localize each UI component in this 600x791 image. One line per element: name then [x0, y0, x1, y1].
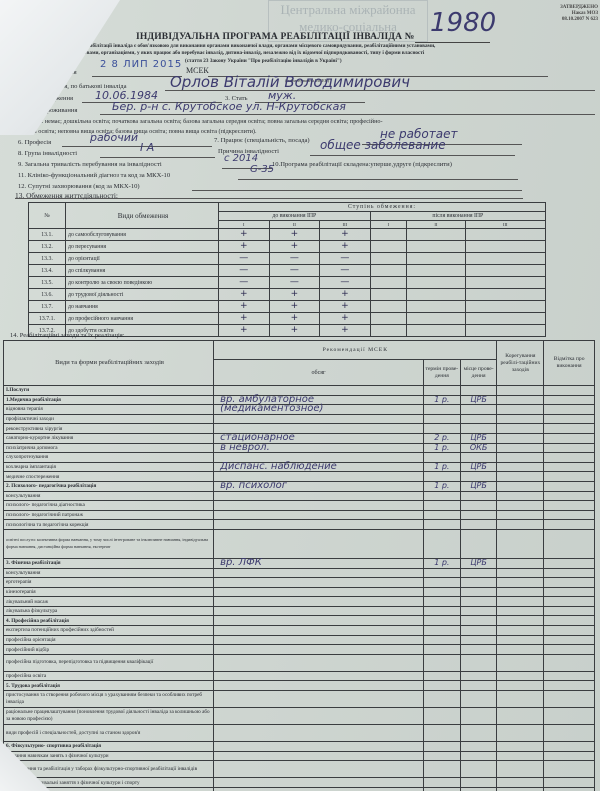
- measure-label: профілактичні заходи: [4, 414, 214, 424]
- place-value: [460, 405, 497, 415]
- place-value: [460, 587, 497, 597]
- scope-value: [214, 635, 424, 645]
- limitation-mark: +: [320, 313, 371, 325]
- done-cell: [544, 681, 595, 691]
- table-row: реконструктивна хірургія: [4, 424, 595, 434]
- measure-label: психолого- педагогічний патронаж: [4, 510, 214, 520]
- measure-label: 6. Фізкультурно- спортивна реабілітація: [4, 742, 214, 752]
- term-value: [423, 405, 460, 415]
- table-row: кінезотерапія: [4, 587, 595, 597]
- correction-cell: [497, 414, 544, 424]
- place-value: [460, 606, 497, 616]
- place-value: [460, 751, 497, 761]
- place-value: [460, 654, 497, 671]
- done-cell: [544, 635, 595, 645]
- table-row: 13.7.1.до професійного навчання+++: [29, 313, 546, 325]
- correction-cell: [497, 558, 544, 568]
- place-value: [460, 787, 497, 791]
- done-cell: [544, 761, 595, 778]
- correction-cell: [497, 708, 544, 725]
- measure-label: кохлеарна імплантація: [4, 462, 214, 472]
- done-cell: [544, 568, 595, 578]
- limitation-mark: [465, 253, 545, 265]
- document-page: Центральна міжрайонна медико-соціальна З…: [0, 0, 600, 791]
- table-row: кохлеарна імплантаціяДиспанс. наблюдение…: [4, 462, 595, 472]
- limitation-mark: [465, 325, 545, 337]
- measure-label: освітні послуги: колективна форма навчан…: [4, 529, 214, 558]
- limitation-mark: +: [320, 289, 371, 301]
- done-cell: [544, 424, 595, 434]
- limitation-mark: [465, 229, 545, 241]
- measure-label: 4. Професійна реабілітація: [4, 616, 214, 626]
- scope-value: [214, 520, 424, 530]
- limitation-mark: —: [269, 277, 320, 289]
- limitation-mark: —: [269, 253, 320, 265]
- term-value: [423, 626, 460, 636]
- measure-label: кінезотерапія: [4, 587, 214, 597]
- place-value: [460, 635, 497, 645]
- limitation-mark: [407, 289, 465, 301]
- measure-label: ерготерапія: [4, 578, 214, 588]
- place-value: ЦРБ: [460, 481, 497, 491]
- term-value: [423, 578, 460, 588]
- correction-cell: [497, 520, 544, 530]
- term-value: [423, 671, 460, 681]
- limitation-mark: +: [219, 325, 270, 337]
- comorbid-label: 12. Супутні захворювання (код за МКХ-10): [18, 183, 140, 190]
- table-row: раціональне працевлаштування (поновлення…: [4, 708, 595, 725]
- limitation-mark: [407, 265, 465, 277]
- correction-cell: [497, 742, 544, 752]
- correction-cell: [497, 587, 544, 597]
- term-value: [423, 472, 460, 482]
- term-value: [423, 761, 460, 778]
- table-row: 13.1.до самообслуговування+++: [29, 229, 546, 241]
- correction-cell: [497, 453, 544, 463]
- table-row: 6. Фізкультурно- спортивна реабілітація: [4, 742, 595, 752]
- table-row: професійна освіта: [4, 671, 595, 681]
- table-row: 3. Фізична реабілітаціявр. ЛФК1 р.ЦРБ: [4, 558, 595, 568]
- limitation-mark: +: [320, 229, 371, 241]
- measure-label: навчання навичкам занять з фізичної куль…: [4, 751, 214, 761]
- correction-cell: [497, 654, 544, 671]
- scope-value: [214, 501, 424, 511]
- scope-value: [214, 742, 424, 752]
- table-row: професійна підготовка, перепідготовка та…: [4, 654, 595, 671]
- term-value: [423, 597, 460, 607]
- scope-value: Диспанс. наблюдение: [214, 462, 424, 472]
- limitation-mark: [465, 241, 545, 253]
- place-value: ЦРБ: [460, 433, 497, 443]
- limitation-mark: [465, 313, 545, 325]
- term-value: [423, 691, 460, 708]
- done-cell: [544, 708, 595, 725]
- limitation-mark: [407, 325, 465, 337]
- diagnosis-label: 11. Клініко-функціональний діагноз та ко…: [18, 172, 170, 179]
- scope-value: [214, 708, 424, 725]
- done-cell: [544, 606, 595, 616]
- correction-cell: [497, 725, 544, 742]
- place-value: [460, 472, 497, 482]
- limitation-mark: [407, 277, 465, 289]
- place-value: [460, 778, 497, 788]
- scope-value: [214, 691, 424, 708]
- measure-label: експертиза потенційних професійних здібн…: [4, 626, 214, 636]
- done-cell: [544, 725, 595, 742]
- term-value: 1 р.: [423, 443, 460, 453]
- cause-value: общее заболевание: [320, 138, 446, 152]
- done-cell: [544, 616, 595, 626]
- limitation-mark: [370, 313, 406, 325]
- term-value: [423, 424, 460, 434]
- term-value: [423, 491, 460, 501]
- measure-label: 1.Медична реабілітація: [4, 395, 214, 405]
- table-row: відновна терапія(медикаментозное): [4, 405, 595, 415]
- place-value: ОКБ: [460, 443, 497, 453]
- limitation-mark: —: [320, 265, 371, 277]
- table-row: консультування: [4, 491, 595, 501]
- term-value: [423, 529, 460, 558]
- place-value: [460, 708, 497, 725]
- term-value: [423, 681, 460, 691]
- term-value: [423, 645, 460, 655]
- limitation-mark: [465, 301, 545, 313]
- limitation-mark: —: [320, 277, 371, 289]
- limitation-mark: [370, 229, 406, 241]
- term-value: [423, 751, 460, 761]
- scope-value: [214, 787, 424, 791]
- limitation-mark: [465, 289, 545, 301]
- done-cell: [544, 587, 595, 597]
- correction-cell: [497, 395, 544, 405]
- scope-value: [214, 671, 424, 681]
- limitation-mark: —: [320, 253, 371, 265]
- correction-cell: [497, 616, 544, 626]
- table-row: психолого- педагогічний патронаж: [4, 510, 595, 520]
- done-cell: [544, 405, 595, 415]
- scope-value: [214, 761, 424, 778]
- correction-cell: [497, 645, 544, 655]
- done-cell: [544, 787, 595, 791]
- duration-label: 9. Загальна тривалість перебування на ін…: [18, 161, 162, 168]
- measure-label: відновна терапія: [4, 405, 214, 415]
- correction-cell: [497, 529, 544, 558]
- limitation-mark: [407, 313, 465, 325]
- done-cell: [544, 481, 595, 491]
- place-value: ЦРБ: [460, 558, 497, 568]
- limitation-mark: [370, 265, 406, 277]
- place-value: [460, 691, 497, 708]
- scope-value: [214, 491, 424, 501]
- education-label: 5. Освіта: немає; дошкільна освіта; поча…: [18, 118, 383, 125]
- correction-cell: [497, 597, 544, 607]
- program-label: 10.Програма реабілітації складена:уперше…: [272, 161, 452, 168]
- place-value: ЦРБ: [460, 395, 497, 405]
- table-row: професійний відбір: [4, 645, 595, 655]
- done-cell: [544, 472, 595, 482]
- profession-label: 6. Професія: [18, 139, 51, 146]
- table-row: оздоровлення та реабілітація у таборах ф…: [4, 761, 595, 778]
- done-cell: [544, 433, 595, 443]
- scope-value: [214, 751, 424, 761]
- limitation-mark: +: [269, 289, 320, 301]
- limitation-mark: +: [269, 325, 320, 337]
- correction-cell: [497, 751, 544, 761]
- scope-value: [214, 616, 424, 626]
- limitation-mark: +: [219, 301, 270, 313]
- term-value: [423, 654, 460, 671]
- correction-cell: [497, 424, 544, 434]
- done-cell: [544, 645, 595, 655]
- limitation-mark: +: [219, 289, 270, 301]
- limitation-mark: [407, 301, 465, 313]
- scope-value: вр. психолог: [214, 481, 424, 491]
- limitation-mark: [407, 241, 465, 253]
- table-row: лікувальна фізкультура: [4, 606, 595, 616]
- subtitle-2: підприємствами, організаціями, у яких пр…: [60, 50, 424, 57]
- limitation-mark: [465, 265, 545, 277]
- place-value: [460, 491, 497, 501]
- done-cell: [544, 626, 595, 636]
- place-value: [460, 645, 497, 655]
- done-cell: [544, 778, 595, 788]
- limitation-mark: —: [219, 253, 270, 265]
- scope-value: [214, 681, 424, 691]
- correction-cell: [497, 472, 544, 482]
- place-value: [460, 742, 497, 752]
- place-value: [460, 725, 497, 742]
- done-cell: [544, 453, 595, 463]
- measure-label: професійна орієнтація: [4, 635, 214, 645]
- scope-value: (медикаментозное): [214, 405, 424, 415]
- limitation-mark: +: [219, 229, 270, 241]
- limitation-mark: [407, 229, 465, 241]
- scope-value: [214, 529, 424, 558]
- correction-cell: [497, 671, 544, 681]
- table-row: 13.4.до спілкування———: [29, 265, 546, 277]
- place-value: [460, 626, 497, 636]
- term-value: 1 р.: [423, 481, 460, 491]
- done-cell: [544, 742, 595, 752]
- measure-label: консультування: [4, 568, 214, 578]
- place-value: [460, 510, 497, 520]
- table-row: медичне спостереження: [4, 472, 595, 482]
- correction-cell: [497, 578, 544, 588]
- correction-cell: [497, 691, 544, 708]
- measure-label: психолого- педагогічна діагностика: [4, 501, 214, 511]
- place-value: ЦРБ: [460, 462, 497, 472]
- subtitle-3: (стаття 23 Закону України "Про реабіліта…: [185, 58, 342, 65]
- document-title: ІНДИВІДУАЛЬНА ПРОГРАМА РЕАБІЛІТАЦІЇ ІНВА…: [136, 32, 415, 42]
- term-value: [423, 606, 460, 616]
- scope-value: [214, 626, 424, 636]
- limitation-mark: +: [219, 241, 270, 253]
- term-value: [423, 587, 460, 597]
- table-row: 4. Професійна реабілітація: [4, 616, 595, 626]
- table-row: лікувальний масаж: [4, 597, 595, 607]
- diagnosis-value: G-35: [250, 164, 274, 175]
- program-number: 1980: [430, 8, 496, 38]
- term-value: [423, 510, 460, 520]
- scope-value: [214, 414, 424, 424]
- limitation-mark: +: [320, 241, 371, 253]
- done-cell: [544, 691, 595, 708]
- table-row: психолого- педагогічна діагностика: [4, 501, 595, 511]
- table-row: санаторно-курортне лікуваннястационарное…: [4, 433, 595, 443]
- table-row: психіатрична допомогав неврол.1 р.ОКБ: [4, 443, 595, 453]
- done-cell: [544, 395, 595, 405]
- employment-label: 7. Працює (спеціальність, посада): [214, 137, 310, 144]
- correction-cell: [497, 462, 544, 472]
- done-cell: [544, 510, 595, 520]
- done-cell: [544, 520, 595, 530]
- done-cell: [544, 501, 595, 511]
- limitation-mark: +: [269, 241, 320, 253]
- place-value: [460, 681, 497, 691]
- measure-label: професійна підготовка, перепідготовка та…: [4, 654, 214, 671]
- correction-cell: [497, 778, 544, 788]
- correction-cell: [497, 635, 544, 645]
- measure-label: види професій і спеціальностей, доступні…: [4, 725, 214, 742]
- term-value: [423, 386, 460, 396]
- limitation-mark: +: [320, 301, 371, 313]
- table-row: 13.6.до трудової діяльності+++: [29, 289, 546, 301]
- limitation-mark: [370, 241, 406, 253]
- rehabilitation-table: Види та форми реабілітаційних заходів Ре…: [3, 340, 595, 791]
- term-value: [423, 501, 460, 511]
- table-row: психологічна та педагогічна корекція: [4, 520, 595, 530]
- table-row: консультування: [4, 568, 595, 578]
- place-value: [460, 616, 497, 626]
- correction-cell: [497, 405, 544, 415]
- measure-label: психіатрична допомога: [4, 443, 214, 453]
- done-cell: [544, 386, 595, 396]
- limitation-mark: +: [269, 229, 320, 241]
- done-cell: [544, 671, 595, 681]
- place-value: [460, 501, 497, 511]
- scope-value: [214, 568, 424, 578]
- limitation-mark: [370, 301, 406, 313]
- place-value: [460, 529, 497, 558]
- measure-label: 5. Трудова реабілітація: [4, 681, 214, 691]
- term-value: [423, 453, 460, 463]
- place-value: [460, 424, 497, 434]
- scope-value: [214, 578, 424, 588]
- done-cell: [544, 654, 595, 671]
- term-value: [423, 414, 460, 424]
- done-cell: [544, 751, 595, 761]
- table-row: 13.7.до навчання+++: [29, 301, 546, 313]
- term-value: [423, 616, 460, 626]
- measure-label: лікувальний масаж: [4, 597, 214, 607]
- measure-label: слухопротезування: [4, 453, 214, 463]
- limitation-mark: [407, 253, 465, 265]
- correction-cell: [497, 787, 544, 791]
- group-value: I A: [140, 141, 154, 154]
- measure-label: 2. Психолого- педагогічна реабілітація: [4, 481, 214, 491]
- table-row: 13.3.до орієнтації———: [29, 253, 546, 265]
- correction-cell: [497, 386, 544, 396]
- correction-cell: [497, 443, 544, 453]
- scope-value: [214, 510, 424, 520]
- done-cell: [544, 491, 595, 501]
- correction-cell: [497, 433, 544, 443]
- table-row: пристосування та створення робочого місц…: [4, 691, 595, 708]
- limitation-mark: —: [269, 265, 320, 277]
- limitation-mark: —: [219, 265, 270, 277]
- table-row: заняття спортом: [4, 787, 595, 791]
- done-cell: [544, 462, 595, 472]
- limitation-mark: [370, 253, 406, 265]
- correction-cell: [497, 761, 544, 778]
- limitation-mark: —: [219, 277, 270, 289]
- place-value: [460, 414, 497, 424]
- scope-value: [214, 587, 424, 597]
- done-cell: [544, 597, 595, 607]
- place-value: [460, 386, 497, 396]
- term-value: [423, 787, 460, 791]
- group-label: 8. Група інвалідності: [18, 150, 77, 157]
- limitation-mark: [370, 325, 406, 337]
- term-value: 1 р.: [423, 462, 460, 472]
- correction-cell: [497, 481, 544, 491]
- measure-label: консультування: [4, 491, 214, 501]
- table-row: експертиза потенційних професійних здібн…: [4, 626, 595, 636]
- section13-title: 13. Обмеження життєдіяльності:: [15, 191, 118, 200]
- term-value: 1 р.: [423, 395, 460, 405]
- fill-date-stamp: 2 8 ЛИП 2015: [100, 59, 182, 70]
- term-value: [423, 725, 460, 742]
- place-value: [460, 578, 497, 588]
- correction-cell: [497, 568, 544, 578]
- limitation-mark: +: [320, 325, 371, 337]
- done-cell: [544, 414, 595, 424]
- profession-value: рабочий: [90, 131, 138, 144]
- place-value: [460, 568, 497, 578]
- measure-label: раціональне працевлаштування (поновлення…: [4, 708, 214, 725]
- limitation-mark: +: [269, 301, 320, 313]
- approval-note: ЗАТВЕРДЖЕНО Наказ МОЗ 08.10.2007 N 623: [538, 5, 598, 23]
- address-value: Бер. р-н с. Крутобское ул. Н-Крутобская: [112, 100, 346, 113]
- scope-value: [214, 778, 424, 788]
- correction-cell: [497, 491, 544, 501]
- term-value: [423, 520, 460, 530]
- correction-cell: [497, 606, 544, 616]
- limitation-mark: +: [269, 313, 320, 325]
- limitations-table: № Види обмеження Ступінь обмеження: до в…: [28, 202, 546, 337]
- table-row: навчально- тренувальні заняття з фізично…: [4, 778, 595, 788]
- place-value: [460, 520, 497, 530]
- term-value: 2 р.: [423, 433, 460, 443]
- subtitle-1: Програма реабілітації інваліда є обов'яз…: [60, 43, 435, 50]
- table-row: 5. Трудова реабілітація: [4, 681, 595, 691]
- scope-value: [214, 606, 424, 616]
- scope-value: вр. ЛФК: [214, 558, 424, 568]
- term-value: [423, 568, 460, 578]
- scope-value: [214, 645, 424, 655]
- section14-title: 14. Реабілітаційні заходи та їх реалізац…: [10, 332, 125, 339]
- table-row: навчання навичкам занять з фізичної куль…: [4, 751, 595, 761]
- correction-cell: [497, 501, 544, 511]
- limitation-mark: [465, 277, 545, 289]
- place-value: [460, 671, 497, 681]
- measure-label: реконструктивна хірургія: [4, 424, 214, 434]
- done-cell: [544, 443, 595, 453]
- term-value: [423, 742, 460, 752]
- done-cell: [544, 529, 595, 558]
- term-value: [423, 635, 460, 645]
- measure-label: психологічна та педагогічна корекція: [4, 520, 214, 530]
